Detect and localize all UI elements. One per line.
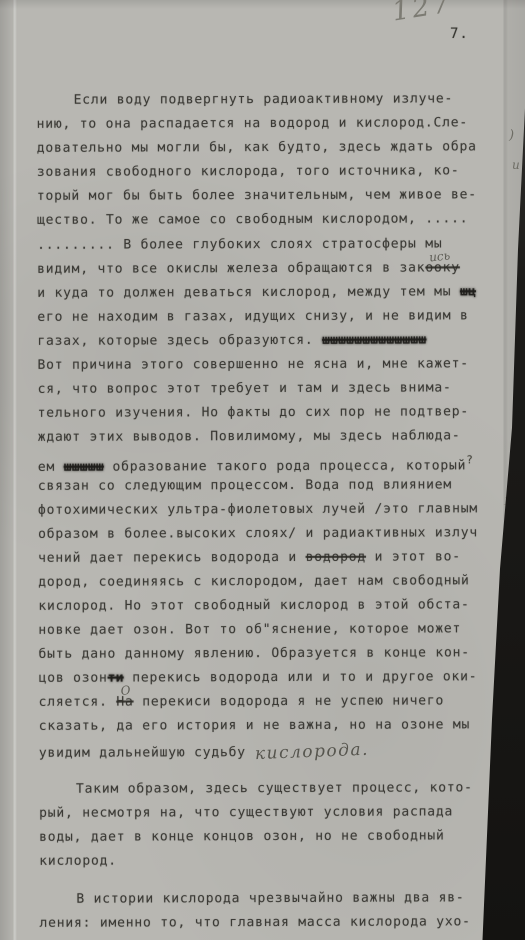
typed-line: газах, которые здесь образуются. шшшшшшш… [37,328,517,354]
typed-line: торый мог бы быть более значительным, че… [37,184,517,210]
typed-line: ждают этих выводов. Повилимому, мы здесь… [38,424,518,450]
typed-line: образом в более.высоких слоях/ и радиакт… [38,521,518,547]
typed-line: ления: именно то, что главная масса кисл… [39,910,519,936]
typed-line: увидим дальнейшую судьбу кислорода. [39,738,519,764]
paragraph: Таким образом, здесь существует процесс,… [39,776,519,874]
typed-text-run: и этот во- [366,549,461,564]
paragraph: В истории кислорода чрезвычайно важны дв… [39,886,519,936]
typed-text-run: и куда то должен деваться кислород, межд… [37,284,460,300]
overtyped-block: шшшшшшшшшшшшш [322,332,426,347]
typed-line: его не находим в газах, идущих снизу, и … [37,304,517,330]
typed-line: цов озонти перекись водорода или и то и … [39,665,519,691]
typed-text-run: ления: именно то, что главная масса кисл… [39,914,470,931]
typed-line: рый, несмотря на, что существуют условия… [39,800,519,826]
typed-text-run: Вот причина этого совершенно не ясна и, … [37,356,468,373]
handwritten-question-mark: ? [466,454,473,467]
paragraph: Если воду подвергнуть радиоактивному изл… [37,87,519,763]
struck-word-with-correction: НаО [116,691,133,715]
typed-text-run: В истории кислорода чрезвычайно важны дв… [76,890,464,906]
typed-text-run: цов озон [39,671,108,686]
typed-line: воды, дает в конце концов озон, но не св… [39,824,519,850]
handwritten-correction: О [119,678,131,703]
typed-line: Вот причина этого совершенно не ясна и, … [37,352,517,378]
handwritten-archive-number: 127 [390,0,455,28]
typed-line: кислород. Но этот свободный кислород в э… [38,593,518,619]
typed-text-run: ......... В более глубоких слоях стратос… [37,236,443,252]
typed-text-run: новке дает озон. Вот то об"яснение, кото… [38,621,461,637]
typed-text-run: тельного изучения. Но факты до сих пор н… [38,405,469,422]
struck-text: водород [306,549,366,564]
typed-line: ся, что вопрос этот требует и там и здес… [38,376,518,402]
typed-text-run: дород, соединяясь с кислородом, дает нам… [38,573,469,590]
typed-text-run: торый мог бы быть более значительным, че… [37,188,477,205]
typed-text-run: его не находим в газах, идущих снизу, и … [37,308,468,325]
typed-text-run: сказать, да его история и не важна, но н… [39,718,470,735]
typed-text-run: ся, что вопрос этот требует и там и здес… [38,381,452,397]
typed-text-run: образом в более.высоких слоях/ и радиакт… [38,525,478,542]
typed-text: Если воду подвергнуть радиоактивному изл… [37,87,520,936]
typed-line: чений дает перекись водорода и водород и… [38,545,518,571]
typed-text-run: чений дает перекись водорода и [38,550,305,566]
typed-text-run: щество. То же самое со свободным кислоро… [37,212,468,229]
typed-line: Таким образом, здесь существует процесс,… [39,776,519,802]
typed-text-run: Если воду подвергнуть радиоактивному изл… [74,91,454,107]
typed-text-run: ждают этих выводов. Повилимому, мы здесь… [38,429,461,445]
typed-line: В истории кислорода чрезвычайно важны дв… [39,886,519,912]
overtyped-block: шц [460,284,476,299]
scanned-document-page: 127 7. ) и 16 Если воду подвергнуть ради… [0,0,525,940]
typed-line: Если воду подвергнуть радиоактивному изл… [37,87,517,113]
typed-line: щество. То же самое со свободным кислоро… [37,208,517,234]
typed-line: видим, что все окислы железа обращаются … [37,256,517,282]
typed-text-run: перекиси водорода я не успею ничего [134,694,445,710]
typed-text-run: связан со следующим процессом. Вода под … [38,477,452,493]
typed-line: зования свободного кислорода, того источ… [37,159,517,185]
typed-text-run: довательно мы могли бы, как будто, здесь… [37,139,477,156]
typed-line: довательно мы могли бы, как будто, здесь… [37,135,517,161]
struck-word-with-correction: оокуись [425,256,460,280]
typed-line: сказать, да его история и не важна, но н… [39,714,519,740]
typed-text-run: газах, которые здесь образуются. [37,333,322,349]
typed-line: тельного изучения. Но факты до сих пор н… [38,400,518,426]
typed-line: и куда то должен деваться кислород, межд… [37,280,517,306]
typed-line: кислород. [39,848,519,874]
typed-line: связан со следующим процессом. Вода под … [38,473,518,499]
typed-text-run: Таким образом, здесь существует процесс,… [76,780,473,796]
typed-line: ем шшшшш образование такого рода процесс… [38,449,518,475]
typed-line: дород, соединяясь с кислородом, дает нам… [38,569,518,595]
typed-text-run: увидим дальнейшую судьбу [39,745,255,761]
typed-text-run: видим, что все окислы железа обращаются … [37,260,425,276]
typed-line: фотохимических ультра-фиолетовых лучей /… [38,497,518,523]
typed-text-run: воды, дает в конце концов озон, но не св… [39,828,445,844]
handwritten-correction: ись [428,243,451,269]
typed-line: сляется. НаО перекиси водорода я не успе… [39,690,519,716]
typed-text-run: кислород. [39,853,117,868]
typed-text-run: кислород. Но этот свободный кислород в э… [38,597,469,614]
typed-text-run: сляется. [39,695,117,710]
typed-text-run: быть дано данному явлению. Образуется в … [38,645,469,662]
typed-text-run: зования свободного кислорода, того источ… [37,164,460,180]
typed-page-number: 7. [450,26,469,42]
typed-text-run: нию, то она распадается на водород и кис… [37,115,468,132]
typed-line: нию, то она распадается на водород и кис… [37,111,517,137]
typed-text-run: перекись водорода или и то и другое оки- [124,670,478,686]
handwritten-word: кислорода. [254,737,369,765]
typed-text-run: рый, несмотря на, что существуют условия… [39,804,453,820]
typed-text-run: ем [38,460,64,475]
typed-line: новке дает озон. Вот то об"яснение, кото… [38,617,518,643]
overtyped-block: шшшшш [64,460,104,475]
typed-text-run: фотохимических ультра-фиолетовых лучей /… [38,501,478,518]
typed-line: быть дано данному явлению. Образуется в … [38,641,518,667]
